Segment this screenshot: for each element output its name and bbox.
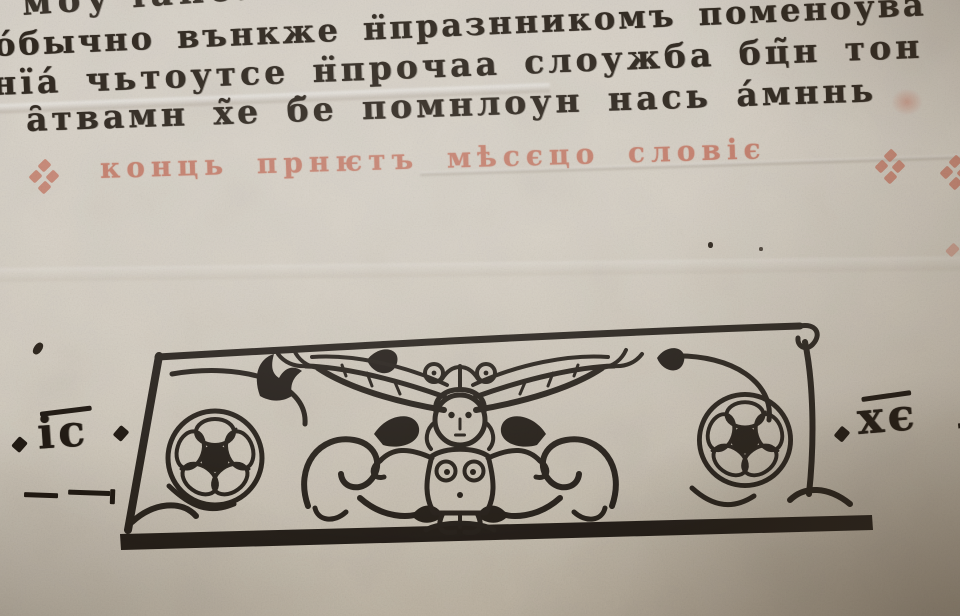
red-diamond-ornament-left [30, 160, 60, 194]
red-diamond-ornament-edge [941, 156, 960, 190]
rosette-left [168, 411, 262, 505]
ink-speck [708, 242, 713, 248]
red-diamond-ornament-right [876, 150, 906, 184]
photo-of-book-page: моу іаколе пѣ пр о́бычно вънкже н̈празнн… [0, 0, 960, 616]
ink-speck [759, 247, 763, 251]
red-ink-smudge [886, 84, 928, 120]
woodcut-art [120, 325, 873, 550]
diamond-dot-icon [11, 436, 28, 453]
woodcut-tailpiece [112, 316, 874, 568]
rosette-right [699, 394, 790, 485]
